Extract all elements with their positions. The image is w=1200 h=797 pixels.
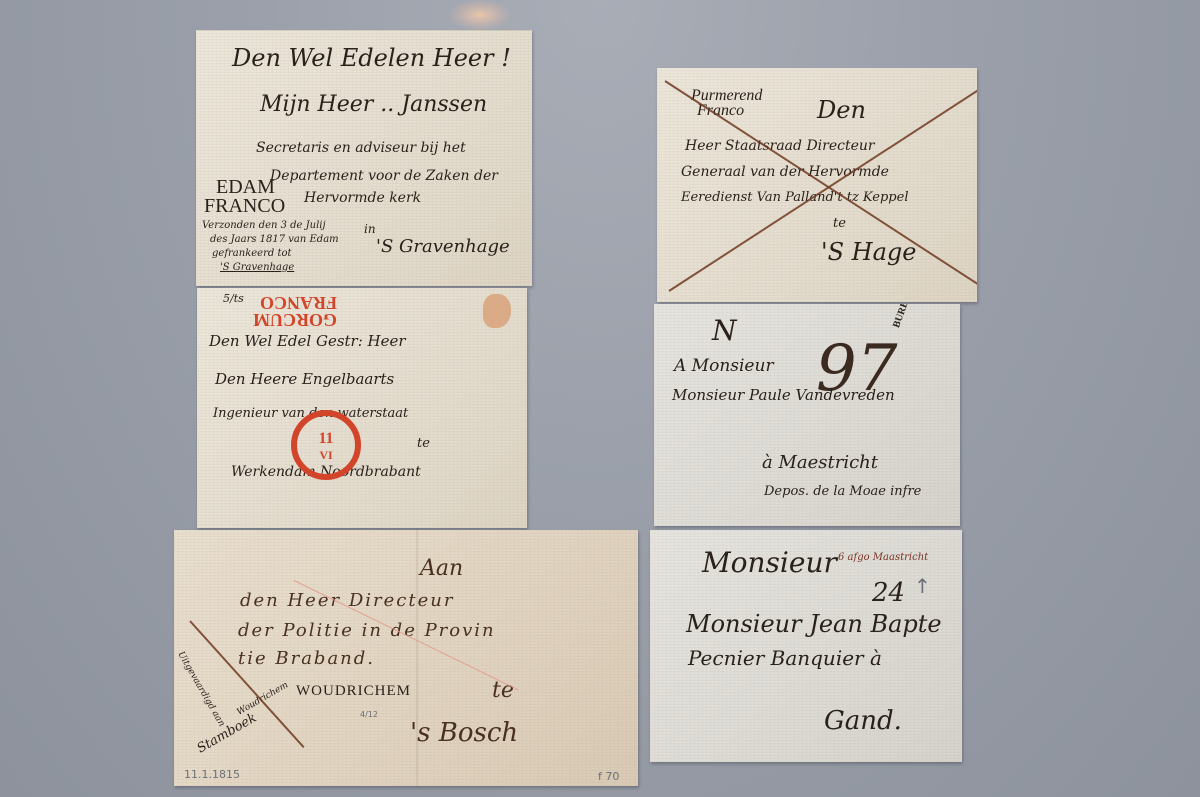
side-note: Woudrichem bbox=[235, 680, 290, 717]
wax-seal-remnant bbox=[483, 294, 511, 328]
destination-line: 'S Gravenhage bbox=[376, 236, 510, 257]
corner-mark: 5/ts bbox=[223, 292, 244, 305]
gorcum-franco-postmark: GORCUM FRANCO bbox=[253, 294, 337, 328]
address-line: Pecnier Banquier à bbox=[688, 646, 882, 670]
letter-gand: 6 afgo Maastricht ↑ Monsieur 24 Monsieur… bbox=[650, 530, 962, 762]
letter-gorcum: 5/ts GORCUM FRANCO Den Wel Edel Gestr: H… bbox=[197, 288, 527, 528]
address-line: Den bbox=[817, 96, 866, 124]
pencil-mark: 4/12 bbox=[360, 710, 378, 719]
address-line: te bbox=[417, 436, 430, 451]
address-line: Secretaris en adviseur bij het bbox=[256, 140, 466, 156]
light-glare bbox=[450, 0, 510, 30]
destination-line: à Maestricht bbox=[762, 452, 878, 473]
pencil-arrow: ↑ bbox=[914, 574, 931, 598]
address-line: Monsieur bbox=[702, 546, 837, 579]
pencil-date: 11.1.1815 bbox=[184, 768, 240, 781]
rate-marking: 24 bbox=[872, 578, 905, 608]
letter-edam: Den Wel Edelen Heer ! Mijn Heer .. Janss… bbox=[196, 30, 532, 286]
address-line: Den Wel Edelen Heer ! bbox=[232, 44, 511, 72]
note-line: Verzonden den 3 de Julij bbox=[202, 220, 326, 231]
address-line: Mijn Heer .. Janssen bbox=[260, 92, 487, 117]
address-line: Den Wel Edel Gestr: Heer bbox=[209, 332, 406, 350]
address-line: Eeredienst Van Palland't tz Keppel bbox=[681, 190, 908, 205]
side-note: Stamboek bbox=[195, 711, 260, 757]
note-line: des Jaars 1817 van Edam bbox=[210, 234, 339, 245]
destination-line: 's Bosch bbox=[410, 718, 518, 748]
destination-line: 'S Hage bbox=[821, 238, 916, 266]
destination-line: Gand. bbox=[824, 706, 902, 736]
address-line: Hervormde kerk bbox=[304, 190, 421, 206]
note-line: in bbox=[364, 222, 376, 236]
address-line: den Heer Directeur bbox=[240, 590, 454, 611]
address-line: Aan bbox=[420, 556, 463, 581]
address-line: Den Heere Engelbaarts bbox=[215, 370, 394, 388]
note-line: gefrankeerd tot bbox=[212, 248, 292, 259]
address-line: tie Braband. bbox=[238, 648, 375, 669]
woudrichem-postmark: WOUDRICHEM bbox=[296, 684, 411, 698]
letter-purmerend: Purmerend Franco Den Heer Staatsraad Dir… bbox=[657, 68, 977, 302]
note-line: 'S Gravenhage bbox=[220, 262, 294, 273]
address-line: Monsieur Jean Bapte bbox=[686, 610, 942, 638]
address-line: A Monsieur bbox=[674, 356, 774, 376]
letter-woudrichem: Aan den Heer Directeur der Politie in de… bbox=[174, 530, 638, 786]
corner-note: 6 afgo Maastricht bbox=[838, 552, 928, 563]
corner-mark: N bbox=[712, 314, 737, 347]
pencil-reference: f 70 bbox=[598, 770, 619, 783]
address-line: der Politie in de Provin bbox=[238, 620, 496, 641]
side-note: Uitgevaardigd aan bbox=[175, 650, 226, 728]
address-line: Monsieur Paule Vandevreden bbox=[672, 386, 895, 404]
address-line: Departement voor de Zaken der bbox=[270, 168, 498, 184]
address-line: Heer Staatsraad Directeur bbox=[685, 138, 875, 154]
address-line: Depos. de la Moae infre bbox=[764, 484, 921, 499]
address-line: te bbox=[833, 216, 846, 231]
gorinchem-circular-postmark: 11 VI bbox=[291, 410, 361, 480]
bureau-postmark: BUREAU DE BOIS-LE-DUC bbox=[892, 304, 944, 329]
letter-maestricht: N BUREAU DE BOIS-LE-DUC 97 A Monsieur Mo… bbox=[654, 304, 960, 526]
edam-franco-postmark: EDAM FRANCO bbox=[204, 178, 285, 216]
